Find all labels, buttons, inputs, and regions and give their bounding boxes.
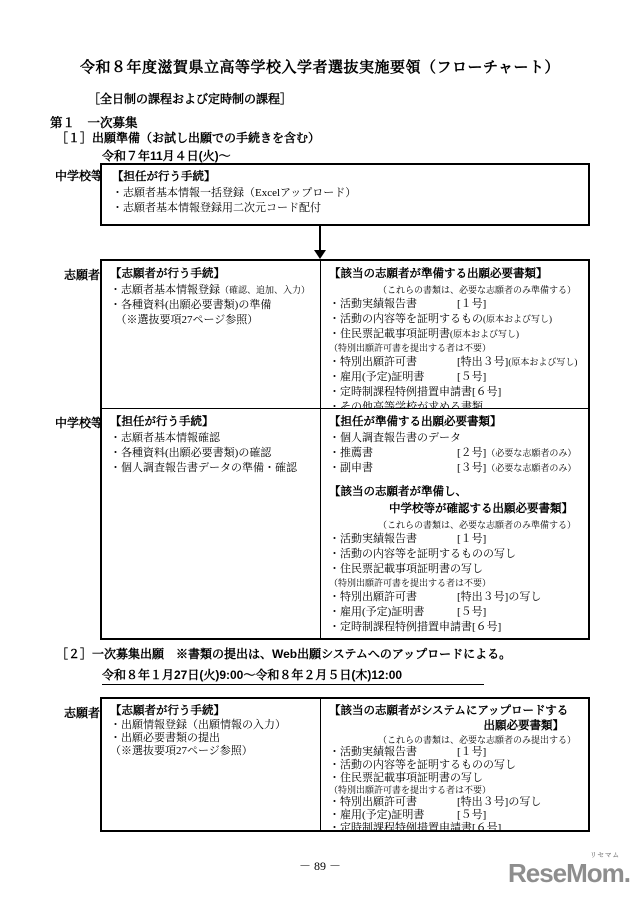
upload-docs-header-line1: 【該当の志願者がシステムにアップロードする <box>329 704 580 719</box>
doc-line: ・特別出願許可書[特出３号]の写し <box>329 590 580 605</box>
actor-label-junior-high-2: 中学校等 <box>55 414 103 431</box>
doc-line: （特別出願許可書を提出する者は不要） <box>329 577 580 590</box>
school-docs-header2-line2: 中学校等が確認する出願必要書類】 <box>389 501 580 518</box>
doc-line: （※選抜要項27ページ参照） <box>110 313 312 328</box>
doc-line: ・定時制課程特例措置申請書[６号] <box>329 620 580 635</box>
upload-docs-items: ・活動実績報告書[１号]・活動の内容等を証明するものの写し・住民票記載事項証明書… <box>329 746 580 830</box>
actor-label-junior-high-top: 中学校等 <box>55 167 103 184</box>
school-docs-items1: ・個人調査報告書のデータ・推薦書[２号]（必要な志願者のみ）・副申書[３号]（必… <box>329 431 580 476</box>
doc-line: ・特別出願許可書[特出３号]の写し <box>329 796 580 809</box>
doc-line: ・活動の内容等を証明するものの写し <box>329 759 580 772</box>
doc-line: ・個人調査報告書データの準備・確認 <box>110 461 312 476</box>
step2-heading: ［２］一次募集出願 ※書類の提出は、Web出願システムへのアップロードによる。 <box>56 645 511 662</box>
school-docs-header2-line1: 【該当の志願者が準備し、 <box>329 484 580 501</box>
application-procedure-cell: 【志願者が行う手続】 ・出願情報登録（出願情報の入力）・出願必要書類の提出（※選… <box>102 699 321 830</box>
doc-line: ・推薦書[２号]（必要な志願者のみ） <box>329 446 580 461</box>
application-procedure-header: 【志願者が行う手続】 <box>110 704 312 719</box>
doc-line: ・その他高等学校が求める書類 <box>329 400 580 408</box>
school-row: 【担任が行う手続】 ・志願者基本情報確認・各種資料(出願必要書類)の確認・個人調… <box>102 409 588 638</box>
doc-line: ・定時制課程特例措置申請書[６号] <box>329 822 580 830</box>
applicant-procedure-header: 【志願者が行う手続】 <box>110 266 312 283</box>
doc-line: ・各種資料(出願必要書類)の準備 <box>110 298 312 313</box>
actor-label-applicant-1: 志願者 <box>64 266 100 283</box>
document-page: 令和８年度滋賀県立高等学校入学者選抜実施要領（フローチャート） ［全日制の課程お… <box>0 0 640 905</box>
applicant-docs-note: （これらの書類は、必要な志願者のみ準備する） <box>329 283 580 297</box>
school-procedure-items: ・志願者基本情報確認・各種資料(出願必要書類)の確認・個人調査報告書データの準備… <box>110 431 312 476</box>
doc-line: ・志願者基本情報一括登録（Excelアップロード） <box>112 186 578 201</box>
course-note: ［全日制の課程および定時制の課程］ <box>88 90 292 107</box>
applicant-docs-items: ・活動実績報告書[１号]・活動の内容等を証明するもの(原本および写し)・住民票記… <box>329 297 580 408</box>
doc-line: ・各種資料(出願必要書類)の確認 <box>110 446 312 461</box>
doc-line: ・活動実績報告書[１号] <box>329 532 580 547</box>
doc-line: ・住民票記載事項証明書(原本および写し) <box>329 327 580 342</box>
doc-line: ・活動実績報告書[１号] <box>329 297 580 312</box>
doc-line: ・副申書[３号]（必要な志願者のみ） <box>329 461 580 476</box>
step2-date: 令和８年１月27日(火)9:00～令和８年２月５日(木)12:00 <box>102 666 484 685</box>
doc-line: ・志願者基本情報確認 <box>110 431 312 446</box>
doc-line: ・出願情報登録（出願情報の入力） <box>110 719 312 732</box>
school-procedure-cell: 【担任が行う手続】 ・志願者基本情報確認・各種資料(出願必要書類)の確認・個人調… <box>102 409 321 638</box>
doc-line: ・特別出願許可書[特出３号](原本および写し) <box>329 355 580 370</box>
doc-line: ・活動の内容等を証明するものの写し <box>329 547 580 562</box>
doc-line: ・活動の内容等を証明するもの(原本および写し) <box>329 312 580 327</box>
applicant-docs-cell: 【該当の志願者が準備する出願必要書類】 （これらの書類は、必要な志願者のみ準備す… <box>321 261 588 408</box>
application-table: 【志願者が行う手続】 ・出願情報登録（出願情報の入力）・出願必要書類の提出（※選… <box>100 697 590 832</box>
doc-line: ・住民票記載事項証明書の写し <box>329 562 580 577</box>
doc-line: （特別出願許可書を提出する者は不要） <box>329 785 580 796</box>
upload-docs-note: （これらの書類は、必要な志願者のみ提出する） <box>329 734 580 746</box>
page-title: 令和８年度滋賀県立高等学校入学者選抜実施要領（フローチャート） <box>0 56 640 77</box>
applicant-docs-header: 【該当の志願者が準備する出願必要書類】 <box>329 266 580 283</box>
flow-arrow-head-icon <box>314 250 326 259</box>
applicant-row: 【志願者が行う手続】 ・志願者基本情報登録（確認、追加、入力）・各種資料(出願必… <box>102 261 588 409</box>
resemom-logo-text: ReseMom. <box>508 860 630 886</box>
doc-line: ・出願必要書類の提出 <box>110 732 312 745</box>
upload-docs-header-line2: 出願必要書類】 <box>329 719 580 734</box>
doc-line: ・雇用(予定)証明書[５号] <box>329 605 580 620</box>
doc-line: ・志願者基本情報登録（確認、追加、入力） <box>110 283 312 298</box>
school-docs-note: （これらの書類は、必要な志願者のみ準備する） <box>329 518 580 532</box>
applicant-procedure-cell: 【志願者が行う手続】 ・志願者基本情報登録（確認、追加、入力）・各種資料(出願必… <box>102 261 321 408</box>
doc-line: ・住民票記載事項証明書の写し <box>329 772 580 785</box>
teacher-procedure-items: ・志願者基本情報一括登録（Excelアップロード）・志願者基本情報登録用二次元コ… <box>112 186 578 216</box>
school-docs-header1: 【担任が準備する出願必要書類】 <box>329 414 580 431</box>
preparation-table: 【志願者が行う手続】 ・志願者基本情報登録（確認、追加、入力）・各種資料(出願必… <box>100 259 590 640</box>
actor-label-applicant-2: 志願者 <box>64 704 100 721</box>
resemom-logo: リセマム ReseMom. <box>508 853 630 886</box>
teacher-procedure-box: 【担任が行う手続】 ・志願者基本情報一括登録（Excelアップロード）・志願者基… <box>100 163 590 226</box>
school-procedure-header: 【担任が行う手続】 <box>110 414 312 431</box>
doc-line: （※選抜要項27ページ参照） <box>110 745 312 758</box>
doc-line: ・個人調査報告書のデータ <box>329 431 580 446</box>
application-procedure-items: ・出願情報登録（出願情報の入力）・出願必要書類の提出（※選抜要項27ページ参照） <box>110 719 312 758</box>
upload-docs-cell: 【該当の志願者がシステムにアップロードする 出願必要書類】 （これらの書類は、必… <box>321 699 588 830</box>
school-docs-cell: 【担任が準備する出願必要書類】 ・個人調査報告書のデータ・推薦書[２号]（必要な… <box>321 409 588 638</box>
doc-line: （特別出願許可書を提出する者は不要） <box>329 342 580 355</box>
doc-line: ・雇用(予定)証明書[５号] <box>329 809 580 822</box>
application-row: 【志願者が行う手続】 ・出願情報登録（出願情報の入力）・出願必要書類の提出（※選… <box>102 699 588 830</box>
doc-line: ・活動実績報告書[１号] <box>329 746 580 759</box>
school-docs-items2: ・活動実績報告書[１号]・活動の内容等を証明するものの写し・住民票記載事項証明書… <box>329 532 580 635</box>
doc-line: ・雇用(予定)証明書[５号] <box>329 370 580 385</box>
teacher-procedure-header: 【担任が行う手続】 <box>112 169 578 186</box>
step1-heading: ［１］出願準備（お試し出願での手続きを含む） <box>56 129 320 146</box>
doc-line: ・志願者基本情報登録用二次元コード配付 <box>112 201 578 216</box>
doc-line: ・定時制課程特例措置申請書[６号] <box>329 385 580 400</box>
applicant-procedure-items: ・志願者基本情報登録（確認、追加、入力）・各種資料(出願必要書類)の準備 （※選… <box>110 283 312 328</box>
flow-arrow-line <box>319 226 321 251</box>
